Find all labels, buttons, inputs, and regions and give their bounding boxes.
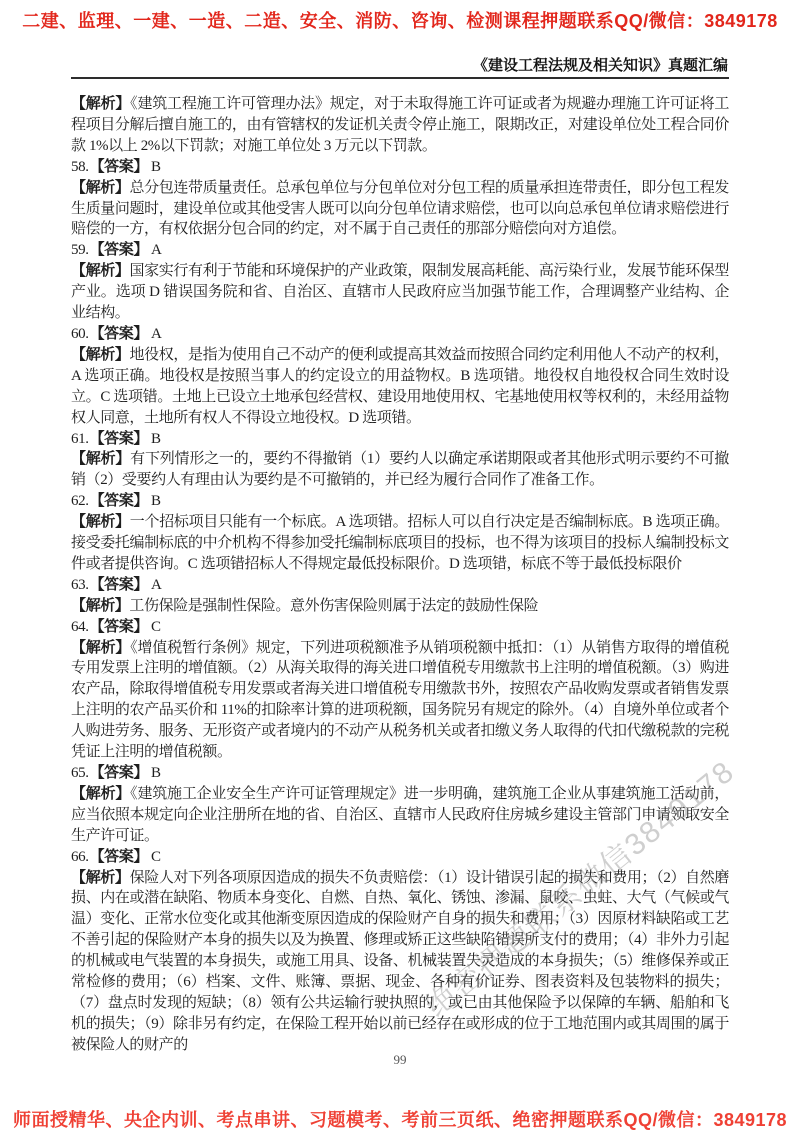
analysis-text: 国家实行有利于节能和环境保护的产业政策，限制发展高耗能、高污染行业，发展节能环保…: [71, 263, 729, 321]
analysis-paragraph: 【解析】一个招标项目只能有一个标底。A 选项错。招标人可以自行决定是否编制标底。…: [71, 512, 729, 575]
answer-marker: 【答案】: [90, 849, 148, 865]
analysis-text: 工伤保险是强制性保险。意外伤害保险则属于法定的鼓励性保险: [129, 598, 538, 614]
question-number: 61.: [71, 431, 89, 447]
analysis-paragraph: 【解析】《建筑工程施工许可管理办法》规定，对于未取得施工许可证或者为规避办理施工…: [71, 94, 729, 157]
answer-marker: 【答案】: [90, 326, 148, 342]
answer-line: 61.【答案】B: [71, 429, 729, 450]
answer-marker: 【答案】: [90, 242, 148, 258]
answer-marker: 【答案】: [90, 493, 148, 509]
analysis-paragraph: 【解析】有下列情形之一的，要约不得撤销（1）要约人以确定承诺期限或者其他形式明示…: [71, 449, 729, 491]
answer-analysis-list: 【解析】《建筑工程施工许可管理办法》规定，对于未取得施工许可证或者为规避办理施工…: [71, 94, 729, 1056]
answer-option: C: [151, 849, 161, 865]
analysis-paragraph: 【解析】总分包连带质量责任。总承包单位与分包单位对分包工程的质量承担连带责任，即…: [71, 178, 729, 241]
footer-contact-line: 师面授精华、央企内训、考点串讲、习题模考、考前三页纸、绝密押题联系QQ/微信：3…: [0, 1106, 800, 1132]
analysis-text: 有下列情形之一的，要约不得撤销（1）要约人以确定承诺期限或者其他形式明示要约不可…: [71, 451, 729, 488]
page-number: 99: [0, 1052, 800, 1068]
answer-line: 63.【答案】A: [71, 575, 729, 596]
analysis-paragraph: 【解析】地役权，是指为使用自己不动产的便利或提高其效益而按照合同约定利用他人不动…: [71, 345, 729, 429]
analysis-marker: 【解析】: [71, 180, 130, 196]
analysis-marker: 【解析】: [71, 786, 130, 802]
answer-line: 58.【答案】B: [71, 157, 729, 178]
analysis-text: 保险人对下列各项原因造成的损失不负责赔偿：（1）设计错误引起的损失和费用；（2）…: [71, 870, 729, 1053]
analysis-paragraph: 【解析】国家实行有利于节能和环境保护的产业政策，限制发展高耗能、高污染行业，发展…: [71, 261, 729, 324]
document-title: 《建设工程法规及相关知识》真题汇编: [473, 54, 728, 75]
analysis-marker: 【解析】: [71, 451, 130, 467]
answer-marker: 【答案】: [90, 619, 148, 635]
analysis-text: 总分包连带质量责任。总承包单位与分包单位对分包工程的质量承担连带责任，即分包工程…: [71, 180, 729, 238]
answer-marker: 【答案】: [90, 159, 148, 175]
analysis-text: 《建筑施工企业安全生产许可证管理规定》进一步明确，建筑施工企业从事建筑施工活动前…: [71, 786, 729, 844]
answer-line: 65.【答案】B: [71, 763, 729, 784]
answer-option: C: [151, 619, 161, 635]
analysis-text: 《建筑工程施工许可管理办法》规定，对于未取得施工许可证或者为规避办理施工许可证将…: [71, 96, 729, 154]
analysis-marker: 【解析】: [71, 514, 130, 530]
answer-marker: 【答案】: [90, 577, 148, 593]
analysis-marker: 【解析】: [71, 640, 130, 656]
answer-option: B: [151, 159, 161, 175]
question-number: 63.: [71, 577, 89, 593]
question-number: 64.: [71, 619, 89, 635]
question-number: 66.: [71, 849, 89, 865]
document-page: { "header": { "contact_line": "二建、监理、一建、…: [0, 0, 800, 1132]
answer-line: 59.【答案】A: [71, 240, 729, 261]
analysis-marker: 【解析】: [71, 870, 130, 886]
answer-marker: 【答案】: [90, 765, 148, 781]
question-number: 65.: [71, 765, 89, 781]
answer-option: B: [151, 493, 161, 509]
analysis-paragraph: 【解析】《增值税暂行条例》规定，下列进项税额准予从销项税额中抵扣：（1）从销售方…: [71, 638, 729, 763]
analysis-marker: 【解析】: [71, 347, 130, 363]
header-contact-line: 二建、监理、一建、一造、二造、安全、消防、咨询、检测课程押题联系QQ/微信：38…: [0, 7, 800, 33]
question-number: 58.: [71, 159, 89, 175]
question-number: 60.: [71, 326, 89, 342]
analysis-paragraph: 【解析】工伤保险是强制性保险。意外伤害保险则属于法定的鼓励性保险: [71, 596, 729, 617]
question-number: 62.: [71, 493, 89, 509]
header-rule: [71, 77, 729, 79]
answer-line: 60.【答案】A: [71, 324, 729, 345]
analysis-marker: 【解析】: [71, 263, 130, 279]
answer-marker: 【答案】: [90, 431, 148, 447]
analysis-text: 一个招标项目只能有一个标底。A 选项错。招标人可以自行决定是否编制标底。B 选项…: [71, 514, 729, 572]
answer-option: A: [151, 577, 161, 593]
answer-line: 66.【答案】C: [71, 847, 729, 868]
analysis-text: 《增值税暂行条例》规定，下列进项税额准予从销项税额中抵扣：（1）从销售方取得的增…: [71, 640, 729, 761]
analysis-text: 地役权，是指为使用自己不动产的便利或提高其效益而按照合同约定利用他人不动产的权利…: [71, 347, 729, 426]
analysis-marker: 【解析】: [71, 598, 129, 614]
answer-option: A: [151, 242, 161, 258]
answer-line: 62.【答案】B: [71, 491, 729, 512]
answer-option: B: [151, 765, 161, 781]
analysis-paragraph: 【解析】《建筑施工企业安全生产许可证管理规定》进一步明确，建筑施工企业从事建筑施…: [71, 784, 729, 847]
analysis-marker: 【解析】: [71, 96, 130, 112]
analysis-paragraph: 【解析】保险人对下列各项原因造成的损失不负责赔偿：（1）设计错误引起的损失和费用…: [71, 868, 729, 1056]
answer-option: A: [151, 326, 161, 342]
answer-line: 64.【答案】C: [71, 617, 729, 638]
answer-option: B: [151, 431, 161, 447]
question-number: 59.: [71, 242, 89, 258]
